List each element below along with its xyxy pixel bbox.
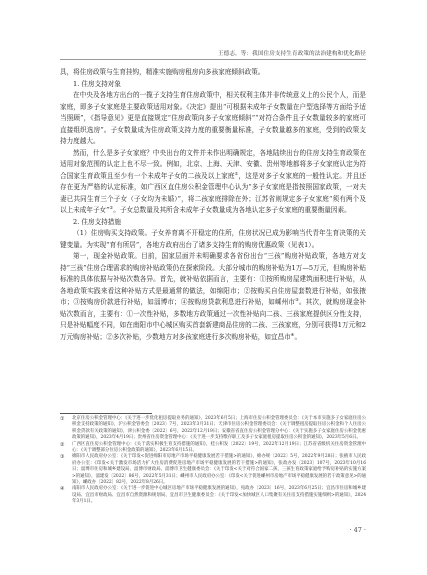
paragraph-text: 。子女总数量及其所含未成年子女数量成为各地认定多子女家庭的重要衡量因素。 <box>113 206 350 214</box>
paragraph-target-families: 在中央及各地方出台的一揽子支持生育住房政策中，相关权利主体并非传统意义上的公民个… <box>60 90 366 148</box>
footnote-text: 绵阳市人民政府办公室：《关于印发<促进绵阳市房地产市场平稳健康发展若干措施>的通… <box>72 454 366 486</box>
section-heading-housing-support-measures: 2. 住房支持措施 <box>60 217 366 229</box>
section-heading-housing-support-targets: 1. 住房支持对象 <box>60 79 366 91</box>
footnote-marker: ④ <box>60 486 72 505</box>
paragraph-purchase-support: （1）住房购买支持政策。子女养育离不开稳定的住所，住房状况已成为影响当代青年生育… <box>60 228 366 251</box>
footnote-text: 南阳市人民政府办公室：《关于进一步促进中心城区房地产市场平稳健康发展的通知》，宛… <box>72 486 366 505</box>
footnote-separator <box>60 413 152 414</box>
footnote-1: ① 北京住房公积金管理中心：《关于进一步优化租房提取业务的通知》，2023年6月… <box>60 416 366 442</box>
footnote-4: ④ 南阳市人民政府办公室：《关于进一步促进中心城区房地产市场平稳健康发展的通知》… <box>60 486 366 505</box>
footnote-3: ③ 绵阳市人民政府办公室：《关于印发<促进绵阳市房地产市场平稳健康发展若干措施>… <box>60 454 366 486</box>
running-head: 王德志，等：我国住房支持生育政策的法治建构和优化路径 <box>60 49 366 57</box>
paragraph-multi-child-definition: 然而，什么是多子女家庭？中央出台的文件并未作出明确规定，各地陆续出台的住房支持生… <box>60 148 366 217</box>
footnotes: ① 北京住房公积金管理中心：《关于进一步优化租房提取业务的通知》，2023年6月… <box>60 416 366 506</box>
paragraph-cash-subsidy: 第一，现金补贴政策。目前，国家层面并未明确要求各省份出台“三孩”购房补贴政策，各… <box>60 251 366 343</box>
footnote-2: ② 广西区直住房公积金管理中心：《关于落实积极生育支持措施的通知》，桂公积发〔2… <box>60 442 366 455</box>
paragraph-continuation: 具，将住房政策与生育挂钩，精准实施购房租房向多孩家庭倾斜政策。 <box>60 67 366 79</box>
paragraph-text: 。 <box>295 333 302 341</box>
header-rule <box>60 59 366 60</box>
footnote-text: 北京住房公积金管理中心：《关于进一步优化租房提取业务的通知》，2023年6月5日… <box>72 416 366 442</box>
page-number: · 47 · <box>330 526 366 534</box>
footnote-marker: ① <box>60 416 72 442</box>
footnote-text: 广西区直住房公积金管理中心：《关于落实积极生育支持措施的通知》，桂公积发〔202… <box>72 442 366 455</box>
footnote-marker: ② <box>60 442 72 455</box>
footnote-marker: ③ <box>60 454 72 486</box>
body-text: 具，将住房政策与生育挂钩，精准实施购房租房向多孩家庭倾斜政策。 1. 住房支持对… <box>60 67 366 343</box>
